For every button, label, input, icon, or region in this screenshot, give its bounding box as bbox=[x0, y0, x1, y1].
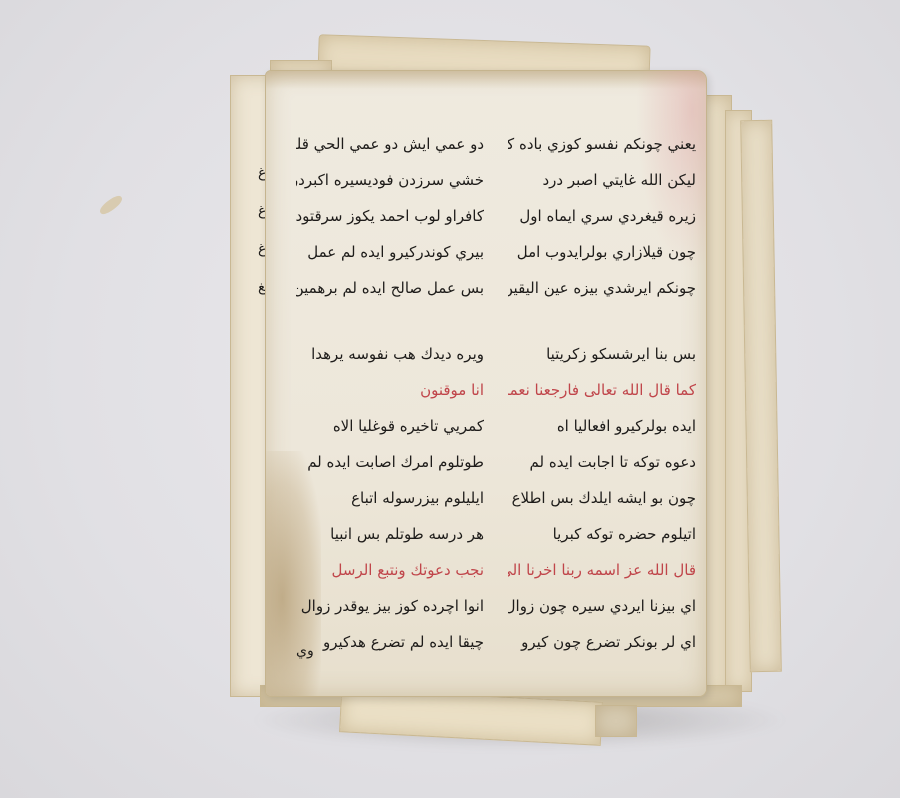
verse-line: زيره قيغردي سري ايماه اول كافراو لوب احم… bbox=[296, 198, 696, 234]
photo-scene: ـاغ ـاغ ـاغ ـغ يعني چونكم نفسو كوزي باده… bbox=[0, 0, 900, 798]
hemistich-left: طوتلوم امرك اصابت ايده لم bbox=[296, 453, 484, 471]
hemistich-right: ليكن الله غايتي اصبر درد bbox=[508, 171, 696, 189]
hemistich-left: بس عمل صالح ايده لم برهمين bbox=[296, 279, 484, 297]
manuscript-page: يعني چونكم نفسو كوزي باده كوز دو عمي ايش… bbox=[265, 70, 707, 697]
hemistich-left: كافراو لوب احمد يكوز سرقتود bbox=[296, 207, 484, 225]
verse-line: دعوه توكه تا اجابت ايده لم طوتلوم امرك ا… bbox=[296, 444, 696, 480]
verse-line: چون بو ايشه ايلدك بس اطلاع ايليلوم بيزرس… bbox=[296, 480, 696, 516]
hemistich-left: انوا اچرده كوز بيز يوقدر زوال bbox=[296, 597, 484, 615]
hemistich-left: هر درسه طوتلم بس انبيا bbox=[296, 525, 484, 543]
verse-line: اتيلوم حضره توكه كبريا هر درسه طوتلم بس … bbox=[296, 516, 696, 552]
verse-line: ايده بولركيرو افعاليا اه كمريي تاخيره قو… bbox=[296, 408, 696, 444]
hemistich-right: كما قال الله تعالى فارجعنا نعمل صالحا bbox=[508, 381, 696, 399]
verse-line: چونكم ايرشدي بيزه عين اليقين بس عمل صالح… bbox=[296, 270, 696, 306]
verse-line: چون قيلازاري بولرايدوب امل بيري كوندركير… bbox=[296, 234, 696, 270]
verse-line: يعني چونكم نفسو كوزي باده كوز دو عمي ايش… bbox=[296, 126, 696, 162]
paper-fragment bbox=[97, 193, 124, 216]
verse-line: اي لر بونكر تضرع چون كيرو چيقا ايده لم ت… bbox=[296, 624, 696, 660]
hemistich-left: خشي سرزدن فوديسيره اكبردرر bbox=[296, 171, 484, 189]
hemistich-right: چونكم ايرشدي بيزه عين اليقين bbox=[508, 279, 696, 297]
hemistich-right: چون قيلازاري بولرايدوب امل bbox=[508, 243, 696, 261]
hemistich-right: چون بو ايشه ايلدك بس اطلاع bbox=[508, 489, 696, 507]
hemistich-right: قال الله عز اسمه ربنا اخرنا الى اجل قريب bbox=[508, 561, 696, 579]
hemistich-left: ويره ديدك هب نفوسه يرهدا bbox=[296, 345, 484, 363]
hemistich-right: ايده بولركيرو افعاليا اه bbox=[508, 417, 696, 435]
hemistich-left: دو عمي ايش دو عمي الحي قلدي كوز bbox=[296, 135, 484, 153]
hemistich-right: بس بنا ايرشسكو زكريتيا bbox=[508, 345, 696, 363]
hemistich-right: زيره قيغردي سري ايماه اول bbox=[508, 207, 696, 225]
catchword: وي bbox=[296, 643, 314, 659]
verse-line-rubric: قال الله عز اسمه ربنا اخرنا الى اجل قريب… bbox=[296, 552, 696, 588]
hemistich-right: اي بيزنا ايردي سيره چون زوال bbox=[508, 597, 696, 615]
verse-line-rubric: كما قال الله تعالى فارجعنا نعمل صالحا ان… bbox=[296, 372, 696, 408]
hemistich-right: دعوه توكه تا اجابت ايده لم bbox=[508, 453, 696, 471]
hemistich-left: انا موقنون bbox=[296, 381, 484, 399]
verse-line: بس بنا ايرشسكو زكريتيا ويره ديدك هب نفوس… bbox=[296, 336, 696, 372]
hemistich-left: بيري كوندركيرو ايده لم عمل bbox=[296, 243, 484, 261]
hemistich-right: اتيلوم حضره توكه كبريا bbox=[508, 525, 696, 543]
verse-block: يعني چونكم نفسو كوزي باده كوز دو عمي ايش… bbox=[296, 126, 696, 660]
hemistich-left: نجب دعوتك ونتبع الرسل bbox=[296, 561, 484, 579]
hemistich-left: ايليلوم بيزرسوله اتباع bbox=[296, 489, 484, 507]
verse-line: ليكن الله غايتي اصبر درد خشي سرزدن فوديس… bbox=[296, 162, 696, 198]
verse-line: اي بيزنا ايردي سيره چون زوال انوا اچرده … bbox=[296, 588, 696, 624]
hemistich-right: يعني چونكم نفسو كوزي باده كوز bbox=[508, 135, 696, 153]
hemistich-left: كمريي تاخيره قوغليا الاه bbox=[296, 417, 484, 435]
hemistich-left: چيقا ايده لم تضرع هدكيرو bbox=[296, 633, 484, 651]
hemistich-right: اي لر بونكر تضرع چون كيرو bbox=[508, 633, 696, 651]
bottom-small-sheet bbox=[595, 705, 637, 737]
